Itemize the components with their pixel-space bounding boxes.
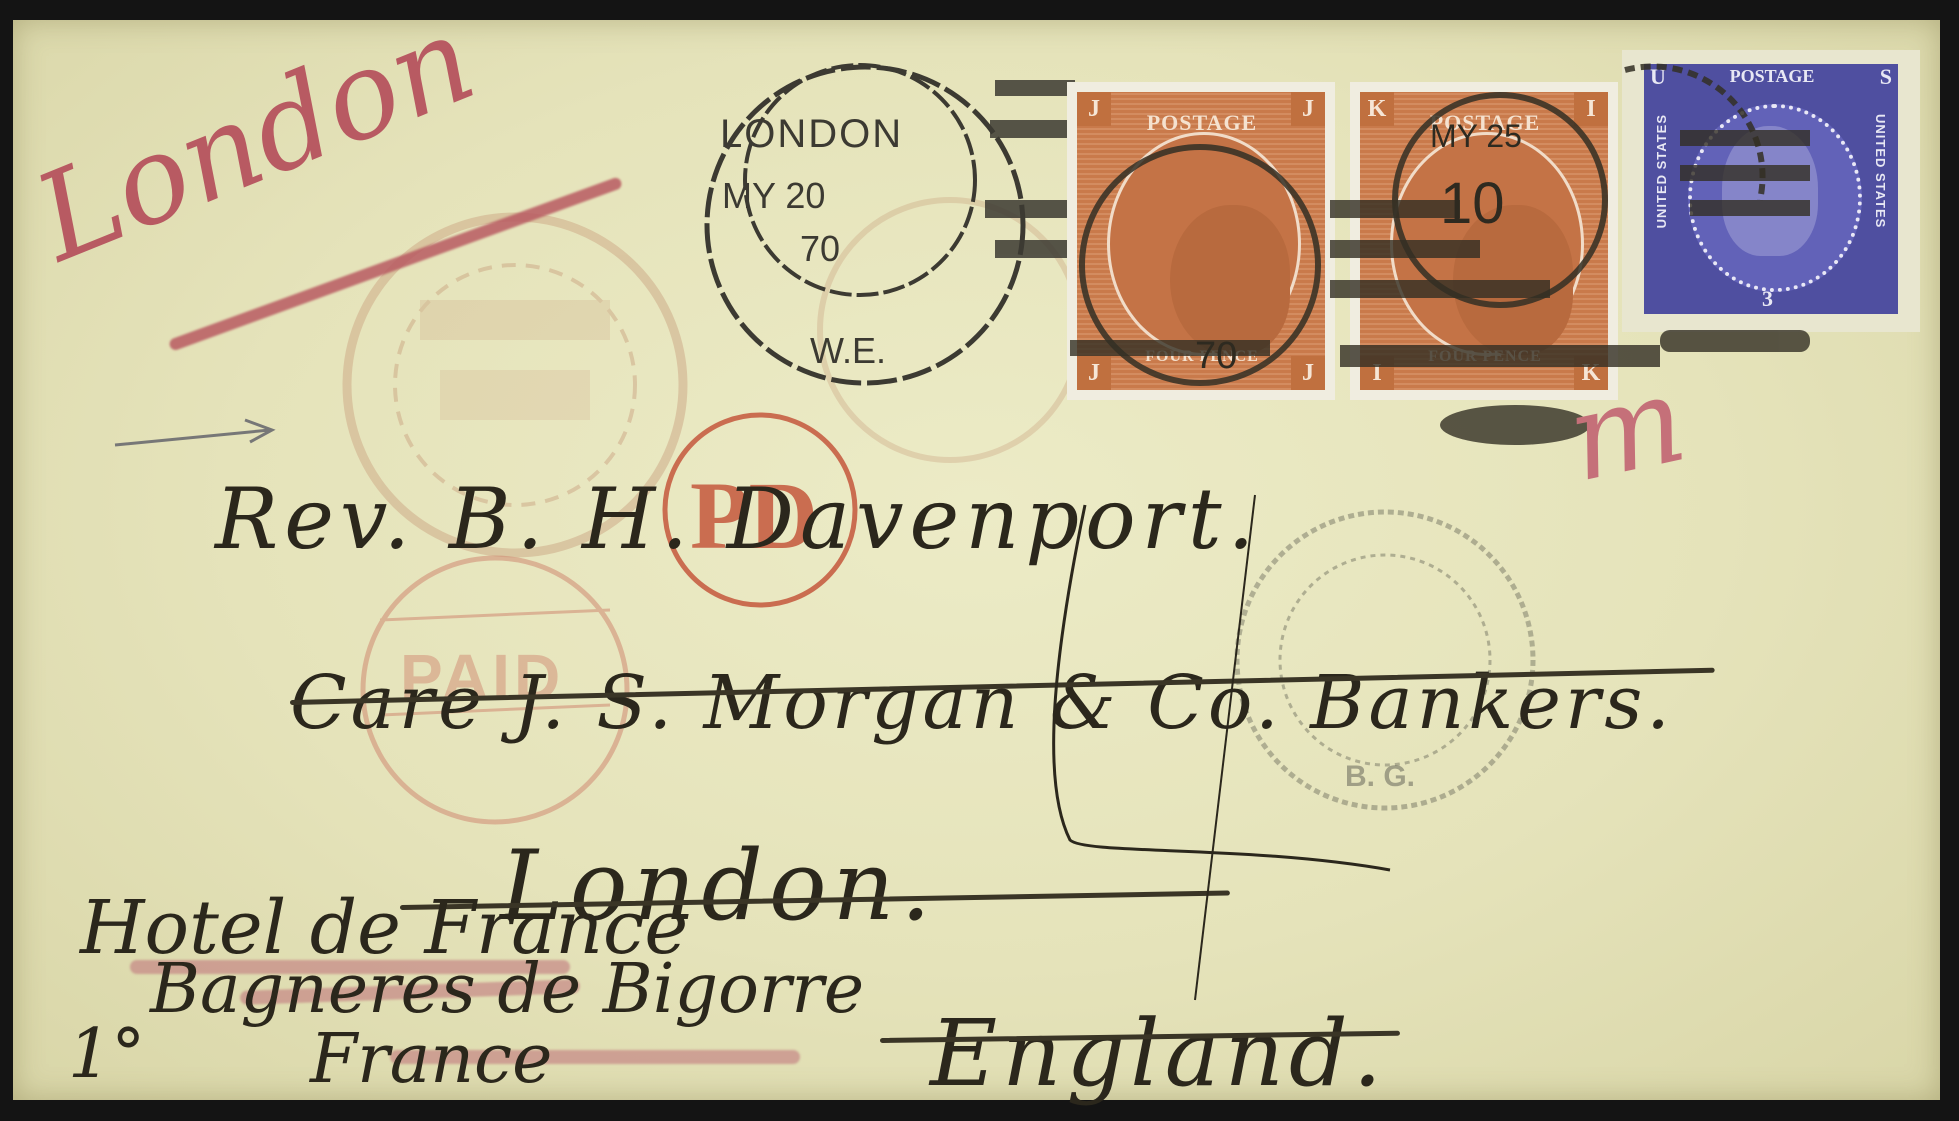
- address-line-4: England.: [930, 1000, 1387, 1107]
- cds-date: MY 20: [722, 175, 825, 217]
- cds-year: 70: [800, 228, 840, 270]
- rate-notation: 1°: [68, 1015, 145, 1094]
- forwarding-line-2: Bagneres de Bigorre: [150, 950, 864, 1029]
- duplex-date: MY 25: [1430, 118, 1522, 155]
- cds-bottom: W.E.: [810, 330, 886, 372]
- address-line-1: Rev. B. H. Davenport.: [215, 470, 1260, 568]
- queen-portrait-icon: [1170, 205, 1290, 355]
- washington-portrait-icon: [1722, 126, 1818, 256]
- duplex-year: 70: [1195, 335, 1237, 378]
- duplex-numeral: 10: [1440, 170, 1505, 237]
- cds-town: LONDON: [720, 112, 903, 157]
- us-three-cent-stamp: POSTAGE U S UNITED STATES UNITED STATES …: [1622, 50, 1920, 332]
- forwarding-line-3: France: [310, 1020, 552, 1099]
- transit-text: B. G.: [1345, 760, 1415, 794]
